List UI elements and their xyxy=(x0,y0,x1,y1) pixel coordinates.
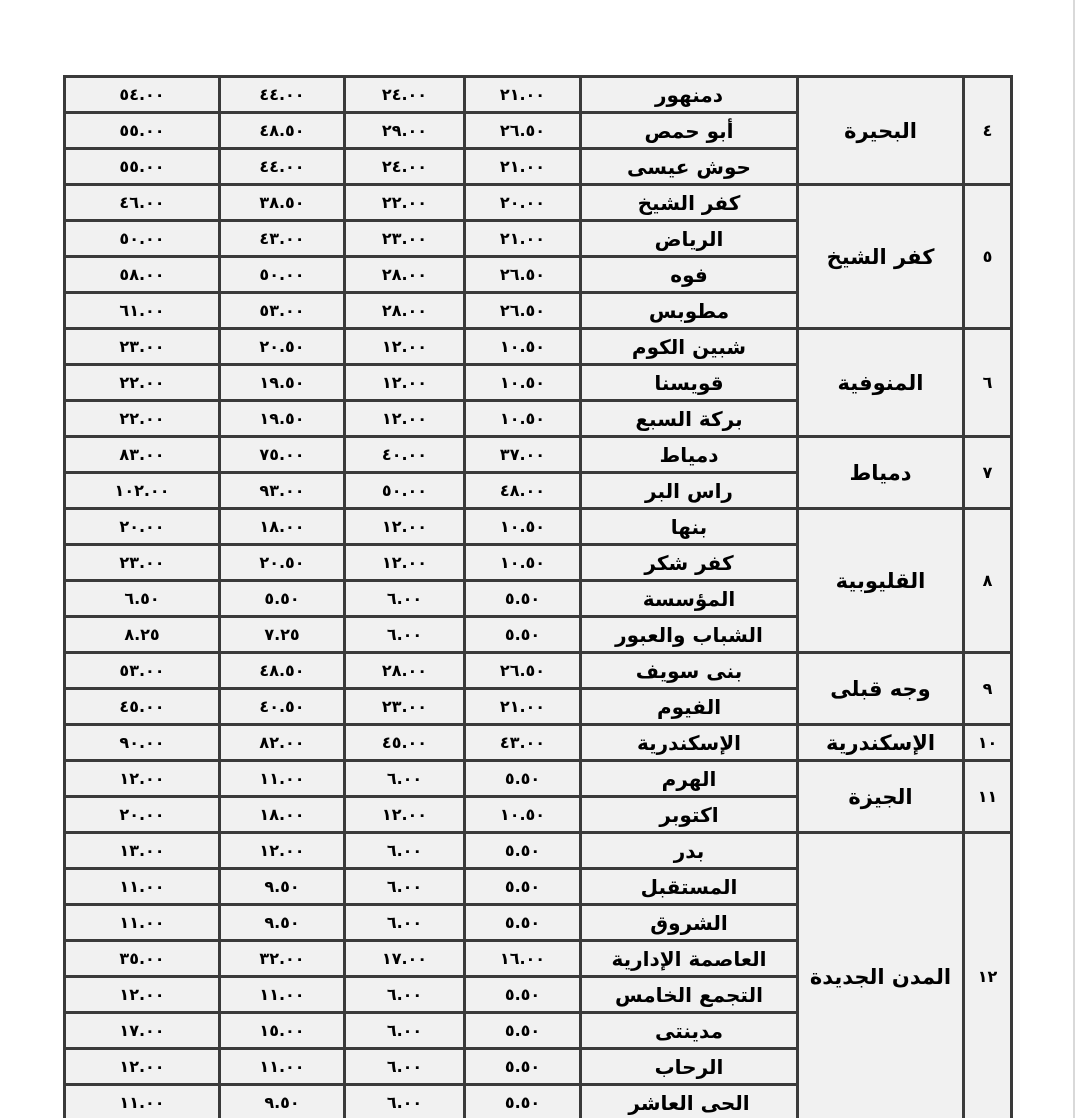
fare-value-cell: ١٨.٠٠ xyxy=(220,509,345,545)
fare-value-cell: ١٢.٠٠ xyxy=(345,329,465,365)
fare-value-cell: ٢١.٠٠ xyxy=(465,149,581,185)
fare-value-cell: ٤٠.٥٠ xyxy=(220,689,345,725)
table-row: ٨٣.٠٠٧٥.٠٠٤٠.٠٠٣٧.٠٠دمياطدمياط٧ xyxy=(65,437,1012,473)
fares-table-body: ٥٤.٠٠٤٤.٠٠٢٤.٠٠٢١.٠٠دمنهورالبحيرة٤٥٥.٠٠٤… xyxy=(65,77,1012,1118)
fare-value-cell: ١٥.٠٠ xyxy=(220,1013,345,1049)
city-cell: حوش عيسى xyxy=(581,149,798,185)
fare-value-cell: ٢٦.٥٠ xyxy=(465,257,581,293)
city-cell: دمياط xyxy=(581,437,798,473)
row-number-cell: ١٢ xyxy=(964,833,1012,1118)
governorate-cell: كفر الشيخ xyxy=(798,185,964,329)
table-row: ٢٠.٠٠١٨.٠٠١٢.٠٠١٠.٥٠بنهاالقليوبية٨ xyxy=(65,509,1012,545)
fare-value-cell: ٤٤.٠٠ xyxy=(220,77,345,113)
fare-value-cell: ١١.٠٠ xyxy=(65,869,220,905)
fare-value-cell: ٥٤.٠٠ xyxy=(65,77,220,113)
fare-value-cell: ٢٦.٥٠ xyxy=(465,653,581,689)
fare-value-cell: ٥٣.٠٠ xyxy=(220,293,345,329)
city-cell: العاصمة الإدارية xyxy=(581,941,798,977)
fare-value-cell: ٢٣.٠٠ xyxy=(345,689,465,725)
fare-value-cell: ١٩.٥٠ xyxy=(220,365,345,401)
city-cell: دمنهور xyxy=(581,77,798,113)
fare-value-cell: ٤٣.٠٠ xyxy=(220,221,345,257)
fare-value-cell: ٢٠.٠٠ xyxy=(465,185,581,221)
fare-value-cell: ٩.٥٠ xyxy=(220,869,345,905)
fare-value-cell: ٥.٥٠ xyxy=(220,581,345,617)
fare-value-cell: ٥٣.٠٠ xyxy=(65,653,220,689)
fare-value-cell: ٥٠.٠٠ xyxy=(220,257,345,293)
city-cell: اكتوبر xyxy=(581,797,798,833)
fare-value-cell: ٤٨.٥٠ xyxy=(220,113,345,149)
city-cell: بنها xyxy=(581,509,798,545)
fare-value-cell: ١١.٠٠ xyxy=(220,761,345,797)
fare-value-cell: ٣٢.٠٠ xyxy=(220,941,345,977)
fare-value-cell: ٢٤.٠٠ xyxy=(345,77,465,113)
governorate-cell: الإسكندرية xyxy=(798,725,964,761)
city-cell: فوه xyxy=(581,257,798,293)
fare-value-cell: ٦١.٠٠ xyxy=(65,293,220,329)
governorate-cell: المنوفية xyxy=(798,329,964,437)
fare-value-cell: ١٠.٥٠ xyxy=(465,509,581,545)
row-number-cell: ٩ xyxy=(964,653,1012,725)
fare-value-cell: ٢٢.٠٠ xyxy=(345,185,465,221)
fare-value-cell: ٢٣.٠٠ xyxy=(65,545,220,581)
fare-value-cell: ١٠.٥٠ xyxy=(465,797,581,833)
fare-value-cell: ٨.٢٥ xyxy=(65,617,220,653)
fare-value-cell: ٦.٠٠ xyxy=(345,905,465,941)
fare-value-cell: ٣٥.٠٠ xyxy=(65,941,220,977)
fare-value-cell: ٦.٠٠ xyxy=(345,581,465,617)
fare-value-cell: ٥٠.٠٠ xyxy=(65,221,220,257)
city-cell: أبو حمص xyxy=(581,113,798,149)
fare-value-cell: ٥.٥٠ xyxy=(465,869,581,905)
fare-value-cell: ٤٥.٠٠ xyxy=(65,689,220,725)
fare-value-cell: ٦.٥٠ xyxy=(65,581,220,617)
row-number-cell: ١٠ xyxy=(964,725,1012,761)
fare-value-cell: ٤٥.٠٠ xyxy=(345,725,465,761)
fare-value-cell: ٩.٥٠ xyxy=(220,905,345,941)
city-cell: قويسنا xyxy=(581,365,798,401)
fare-value-cell: ٥.٥٠ xyxy=(465,977,581,1013)
fare-value-cell: ١٢.٠٠ xyxy=(65,977,220,1013)
city-cell: كفر شكر xyxy=(581,545,798,581)
fare-value-cell: ٢٨.٠٠ xyxy=(345,257,465,293)
fare-value-cell: ١١.٠٠ xyxy=(220,977,345,1013)
fare-value-cell: ١٠.٥٠ xyxy=(465,401,581,437)
city-cell: التجمع الخامس xyxy=(581,977,798,1013)
fare-value-cell: ٢٠.٥٠ xyxy=(220,329,345,365)
fare-value-cell: ٤٠.٠٠ xyxy=(345,437,465,473)
fare-value-cell: ١٦.٠٠ xyxy=(465,941,581,977)
fare-value-cell: ١٨.٠٠ xyxy=(220,797,345,833)
fare-value-cell: ٥.٥٠ xyxy=(465,581,581,617)
table-row: ٥٣.٠٠٤٨.٥٠٢٨.٠٠٢٦.٥٠بنى سويفوجه قبلى٩ xyxy=(65,653,1012,689)
fare-value-cell: ٢٣.٠٠ xyxy=(65,329,220,365)
fare-value-cell: ١٧.٠٠ xyxy=(345,941,465,977)
fare-value-cell: ٤٨.٠٠ xyxy=(465,473,581,509)
city-cell: الرحاب xyxy=(581,1049,798,1085)
city-cell: مدينتى xyxy=(581,1013,798,1049)
fare-value-cell: ٣٧.٠٠ xyxy=(465,437,581,473)
fare-value-cell: ١٢.٠٠ xyxy=(220,833,345,869)
fare-value-cell: ٩٠.٠٠ xyxy=(65,725,220,761)
table-row: ٢٣.٠٠٢٠.٥٠١٢.٠٠١٠.٥٠شبين الكومالمنوفية٦ xyxy=(65,329,1012,365)
table-row: ١٣.٠٠١٢.٠٠٦.٠٠٥.٥٠بدرالمدن الجديدة١٢ xyxy=(65,833,1012,869)
fare-value-cell: ٥٠.٠٠ xyxy=(345,473,465,509)
fare-value-cell: ٦.٠٠ xyxy=(345,869,465,905)
fare-value-cell: ٢١.٠٠ xyxy=(465,689,581,725)
city-cell: المؤسسة xyxy=(581,581,798,617)
city-cell: الرياض xyxy=(581,221,798,257)
fare-value-cell: ١٢.٠٠ xyxy=(345,509,465,545)
fare-value-cell: ٧٥.٠٠ xyxy=(220,437,345,473)
row-number-cell: ١١ xyxy=(964,761,1012,833)
fare-value-cell: ١٣.٠٠ xyxy=(65,833,220,869)
fare-value-cell: ٦.٠٠ xyxy=(345,1085,465,1118)
row-number-cell: ٥ xyxy=(964,185,1012,329)
fare-value-cell: ١٠.٥٠ xyxy=(465,365,581,401)
city-cell: بدر xyxy=(581,833,798,869)
fare-value-cell: ٩.٥٠ xyxy=(220,1085,345,1118)
fare-value-cell: ١١.٠٠ xyxy=(65,1085,220,1118)
fare-value-cell: ١٠.٥٠ xyxy=(465,545,581,581)
fare-value-cell: ١٠.٥٠ xyxy=(465,329,581,365)
fare-value-cell: ٤٦.٠٠ xyxy=(65,185,220,221)
fare-value-cell: ٦.٠٠ xyxy=(345,1049,465,1085)
city-cell: الحى العاشر xyxy=(581,1085,798,1118)
fare-value-cell: ٥.٥٠ xyxy=(465,761,581,797)
document-canvas: ٥٤.٠٠٤٤.٠٠٢٤.٠٠٢١.٠٠دمنهورالبحيرة٤٥٥.٠٠٤… xyxy=(0,0,1079,1118)
fare-value-cell: ٢١.٠٠ xyxy=(465,77,581,113)
fare-value-cell: ٢٦.٥٠ xyxy=(465,293,581,329)
fare-value-cell: ٥.٥٠ xyxy=(465,1085,581,1118)
fare-value-cell: ٥٥.٠٠ xyxy=(65,113,220,149)
fare-value-cell: ٧.٢٥ xyxy=(220,617,345,653)
fare-value-cell: ٢٨.٠٠ xyxy=(345,293,465,329)
fare-value-cell: ٨٢.٠٠ xyxy=(220,725,345,761)
fare-value-cell: ١٩.٥٠ xyxy=(220,401,345,437)
row-number-cell: ٤ xyxy=(964,77,1012,185)
fare-value-cell: ٥٥.٠٠ xyxy=(65,149,220,185)
fare-value-cell: ٦.٠٠ xyxy=(345,617,465,653)
fare-value-cell: ٢٨.٠٠ xyxy=(345,653,465,689)
fare-value-cell: ٦.٠٠ xyxy=(345,833,465,869)
city-cell: الهرم xyxy=(581,761,798,797)
fare-value-cell: ٢١.٠٠ xyxy=(465,221,581,257)
fare-value-cell: ٦.٠٠ xyxy=(345,761,465,797)
city-cell: الشباب والعبور xyxy=(581,617,798,653)
table-row: ٤٦.٠٠٣٨.٥٠٢٢.٠٠٢٠.٠٠كفر الشيخكفر الشيخ٥ xyxy=(65,185,1012,221)
fare-value-cell: ٩٣.٠٠ xyxy=(220,473,345,509)
row-number-cell: ٨ xyxy=(964,509,1012,653)
table-row: ٩٠.٠٠٨٢.٠٠٤٥.٠٠٤٣.٠٠الإسكندريةالإسكندرية… xyxy=(65,725,1012,761)
row-number-cell: ٦ xyxy=(964,329,1012,437)
fare-value-cell: ١٢.٠٠ xyxy=(65,761,220,797)
fare-value-cell: ٢٤.٠٠ xyxy=(345,149,465,185)
governorate-cell: الجيزة xyxy=(798,761,964,833)
fare-value-cell: ٢٢.٠٠ xyxy=(65,365,220,401)
fare-value-cell: ٢٣.٠٠ xyxy=(345,221,465,257)
city-cell: الإسكندرية xyxy=(581,725,798,761)
fare-value-cell: ١٢.٠٠ xyxy=(65,1049,220,1085)
fare-value-cell: ١٢.٠٠ xyxy=(345,545,465,581)
city-cell: كفر الشيخ xyxy=(581,185,798,221)
city-cell: الفيوم xyxy=(581,689,798,725)
fare-value-cell: ٢٠.٥٠ xyxy=(220,545,345,581)
city-cell: الشروق xyxy=(581,905,798,941)
city-cell: المستقبل xyxy=(581,869,798,905)
fare-value-cell: ١٠٢.٠٠ xyxy=(65,473,220,509)
fare-value-cell: ١٢.٠٠ xyxy=(345,797,465,833)
city-cell: شبين الكوم xyxy=(581,329,798,365)
fare-value-cell: ٦.٠٠ xyxy=(345,1013,465,1049)
fare-value-cell: ٥.٥٠ xyxy=(465,1013,581,1049)
fare-value-cell: ٥.٥٠ xyxy=(465,617,581,653)
table-row: ٥٤.٠٠٤٤.٠٠٢٤.٠٠٢١.٠٠دمنهورالبحيرة٤ xyxy=(65,77,1012,113)
fare-value-cell: ٢٩.٠٠ xyxy=(345,113,465,149)
row-number-cell: ٧ xyxy=(964,437,1012,509)
fare-value-cell: ٣٨.٥٠ xyxy=(220,185,345,221)
page-edge-divider xyxy=(1073,0,1075,1118)
fare-value-cell: ٦.٠٠ xyxy=(345,977,465,1013)
table-row: ١٢.٠٠١١.٠٠٦.٠٠٥.٥٠الهرمالجيزة١١ xyxy=(65,761,1012,797)
fare-value-cell: ٢٦.٥٠ xyxy=(465,113,581,149)
fare-value-cell: ٥.٥٠ xyxy=(465,1049,581,1085)
fare-value-cell: ٢٠.٠٠ xyxy=(65,509,220,545)
governorate-cell: القليوبية xyxy=(798,509,964,653)
city-cell: بنى سويف xyxy=(581,653,798,689)
governorate-cell: المدن الجديدة xyxy=(798,833,964,1118)
fare-value-cell: ١١.٠٠ xyxy=(65,905,220,941)
fare-value-cell: ١١.٠٠ xyxy=(220,1049,345,1085)
fare-value-cell: ٥.٥٠ xyxy=(465,833,581,869)
fare-value-cell: ١٢.٠٠ xyxy=(345,401,465,437)
city-cell: مطوبس xyxy=(581,293,798,329)
fare-value-cell: ٤٣.٠٠ xyxy=(465,725,581,761)
fare-value-cell: ٢٢.٠٠ xyxy=(65,401,220,437)
fare-value-cell: ١٧.٠٠ xyxy=(65,1013,220,1049)
governorate-cell: وجه قبلى xyxy=(798,653,964,725)
fare-value-cell: ٥.٥٠ xyxy=(465,905,581,941)
fare-value-cell: ٤٤.٠٠ xyxy=(220,149,345,185)
fare-value-cell: ١٢.٠٠ xyxy=(345,365,465,401)
fare-value-cell: ٢٠.٠٠ xyxy=(65,797,220,833)
governorate-cell: البحيرة xyxy=(798,77,964,185)
fare-value-cell: ٨٣.٠٠ xyxy=(65,437,220,473)
fare-value-cell: ٤٨.٥٠ xyxy=(220,653,345,689)
governorate-cell: دمياط xyxy=(798,437,964,509)
fares-table: ٥٤.٠٠٤٤.٠٠٢٤.٠٠٢١.٠٠دمنهورالبحيرة٤٥٥.٠٠٤… xyxy=(63,75,1013,1118)
fare-value-cell: ٥٨.٠٠ xyxy=(65,257,220,293)
city-cell: راس البر xyxy=(581,473,798,509)
city-cell: بركة السبع xyxy=(581,401,798,437)
